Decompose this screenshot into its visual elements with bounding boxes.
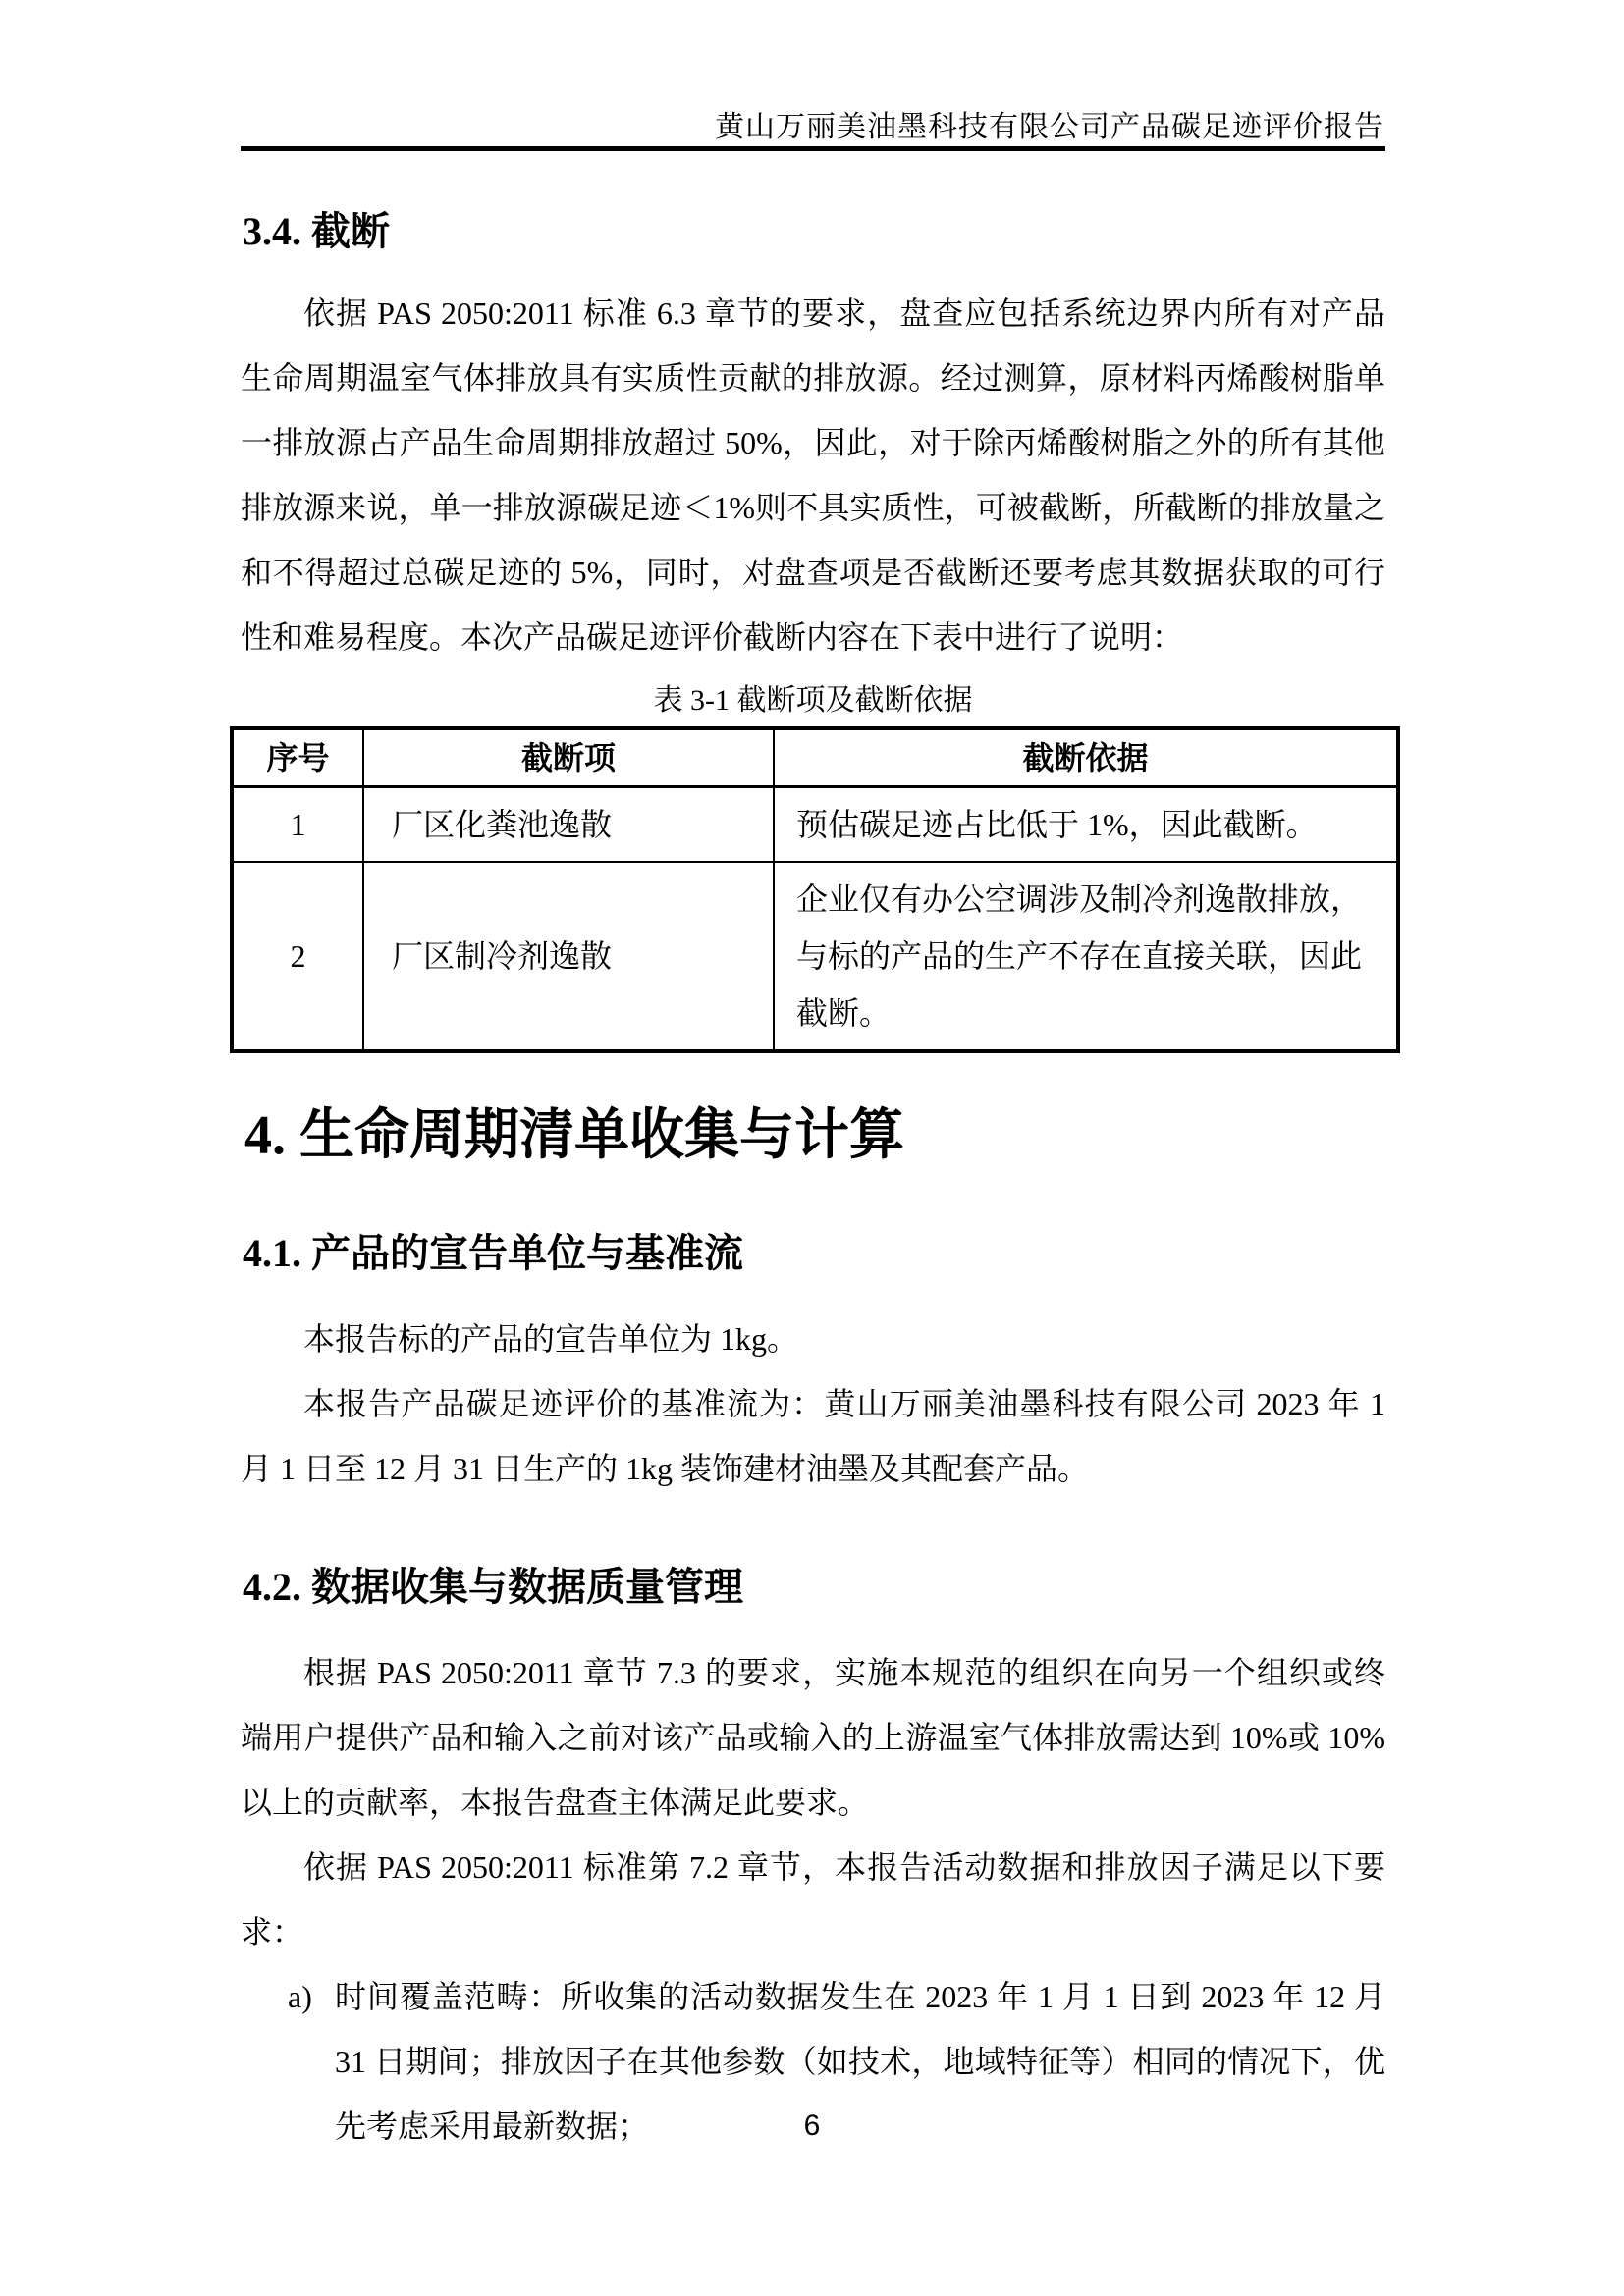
section-4-1-paragraph-1: 本报告标的产品的宣告单位为 1kg。: [241, 1307, 1385, 1371]
row1-no: 1: [232, 787, 363, 863]
table-row: 1 厂区化粪池逸散 预估碳足迹占比低于 1%，因此截断。: [232, 787, 1398, 863]
row2-basis: 企业仅有办公空调涉及制冷剂逸散排放，与标的产品的生产不存在直接关联，因此截断。: [774, 862, 1398, 1051]
section-4-2-paragraph-2: 依据 PAS 2050:2011 标准第 7.2 章节，本报告活动数据和排放因子…: [241, 1835, 1385, 1964]
table-row: 2 厂区制冷剂逸散 企业仅有办公空调涉及制冷剂逸散排放，与标的产品的生产不存在直…: [232, 862, 1398, 1051]
section-4-2-paragraph-1: 根据 PAS 2050:2011 章节 7.3 的要求，实施本规范的组织在向另一…: [241, 1640, 1385, 1835]
row1-basis: 预估碳足迹占比低于 1%，因此截断。: [774, 787, 1398, 863]
section-4-2-title: 4.2. 数据收集与数据质量管理: [243, 1564, 1385, 1611]
section-3-4-paragraph: 依据 PAS 2050:2011 标准 6.3 章节的要求，盘查应包括系统边界内…: [241, 281, 1385, 669]
section-4-1-title: 4.1. 产品的宣告单位与基准流: [243, 1230, 1385, 1277]
cutoff-table: 序号 截断项 截断依据 1 厂区化粪池逸散 预估碳足迹占比低于 1%，因此截断。…: [230, 726, 1400, 1053]
row1-item: 厂区化粪池逸散: [363, 787, 774, 863]
section-3-4-title: 3.4. 截断: [243, 208, 1385, 255]
col-header-no: 序号: [232, 728, 363, 787]
page-number: 6: [0, 2109, 1624, 2143]
col-header-basis: 截断依据: [774, 728, 1398, 787]
row2-item: 厂区制冷剂逸散: [363, 862, 774, 1051]
col-header-item: 截断项: [363, 728, 774, 787]
header-rule: [241, 146, 1385, 151]
chapter-4-title: 4. 生命周期清单收集与计算: [244, 1104, 1385, 1167]
page-content: 3.4. 截断 依据 PAS 2050:2011 标准 6.3 章节的要求，盘查…: [241, 192, 1385, 2159]
table-header-row: 序号 截断项 截断依据: [232, 728, 1398, 787]
table-3-1-caption: 表 3-1 截断项及截断依据: [241, 675, 1385, 719]
row2-no: 2: [232, 862, 363, 1051]
list-item-a-marker: a): [288, 1964, 312, 2029]
document-page: 黄山万丽美油墨科技有限公司产品碳足迹评价报告 3.4. 截断 依据 PAS 20…: [0, 0, 1624, 2296]
running-header: 黄山万丽美油墨科技有限公司产品碳足迹评价报告: [715, 102, 1384, 145]
section-4-1-paragraph-2: 本报告产品碳足迹评价的基准流为：黄山万丽美油墨科技有限公司 2023 年 1 月…: [241, 1371, 1385, 1501]
